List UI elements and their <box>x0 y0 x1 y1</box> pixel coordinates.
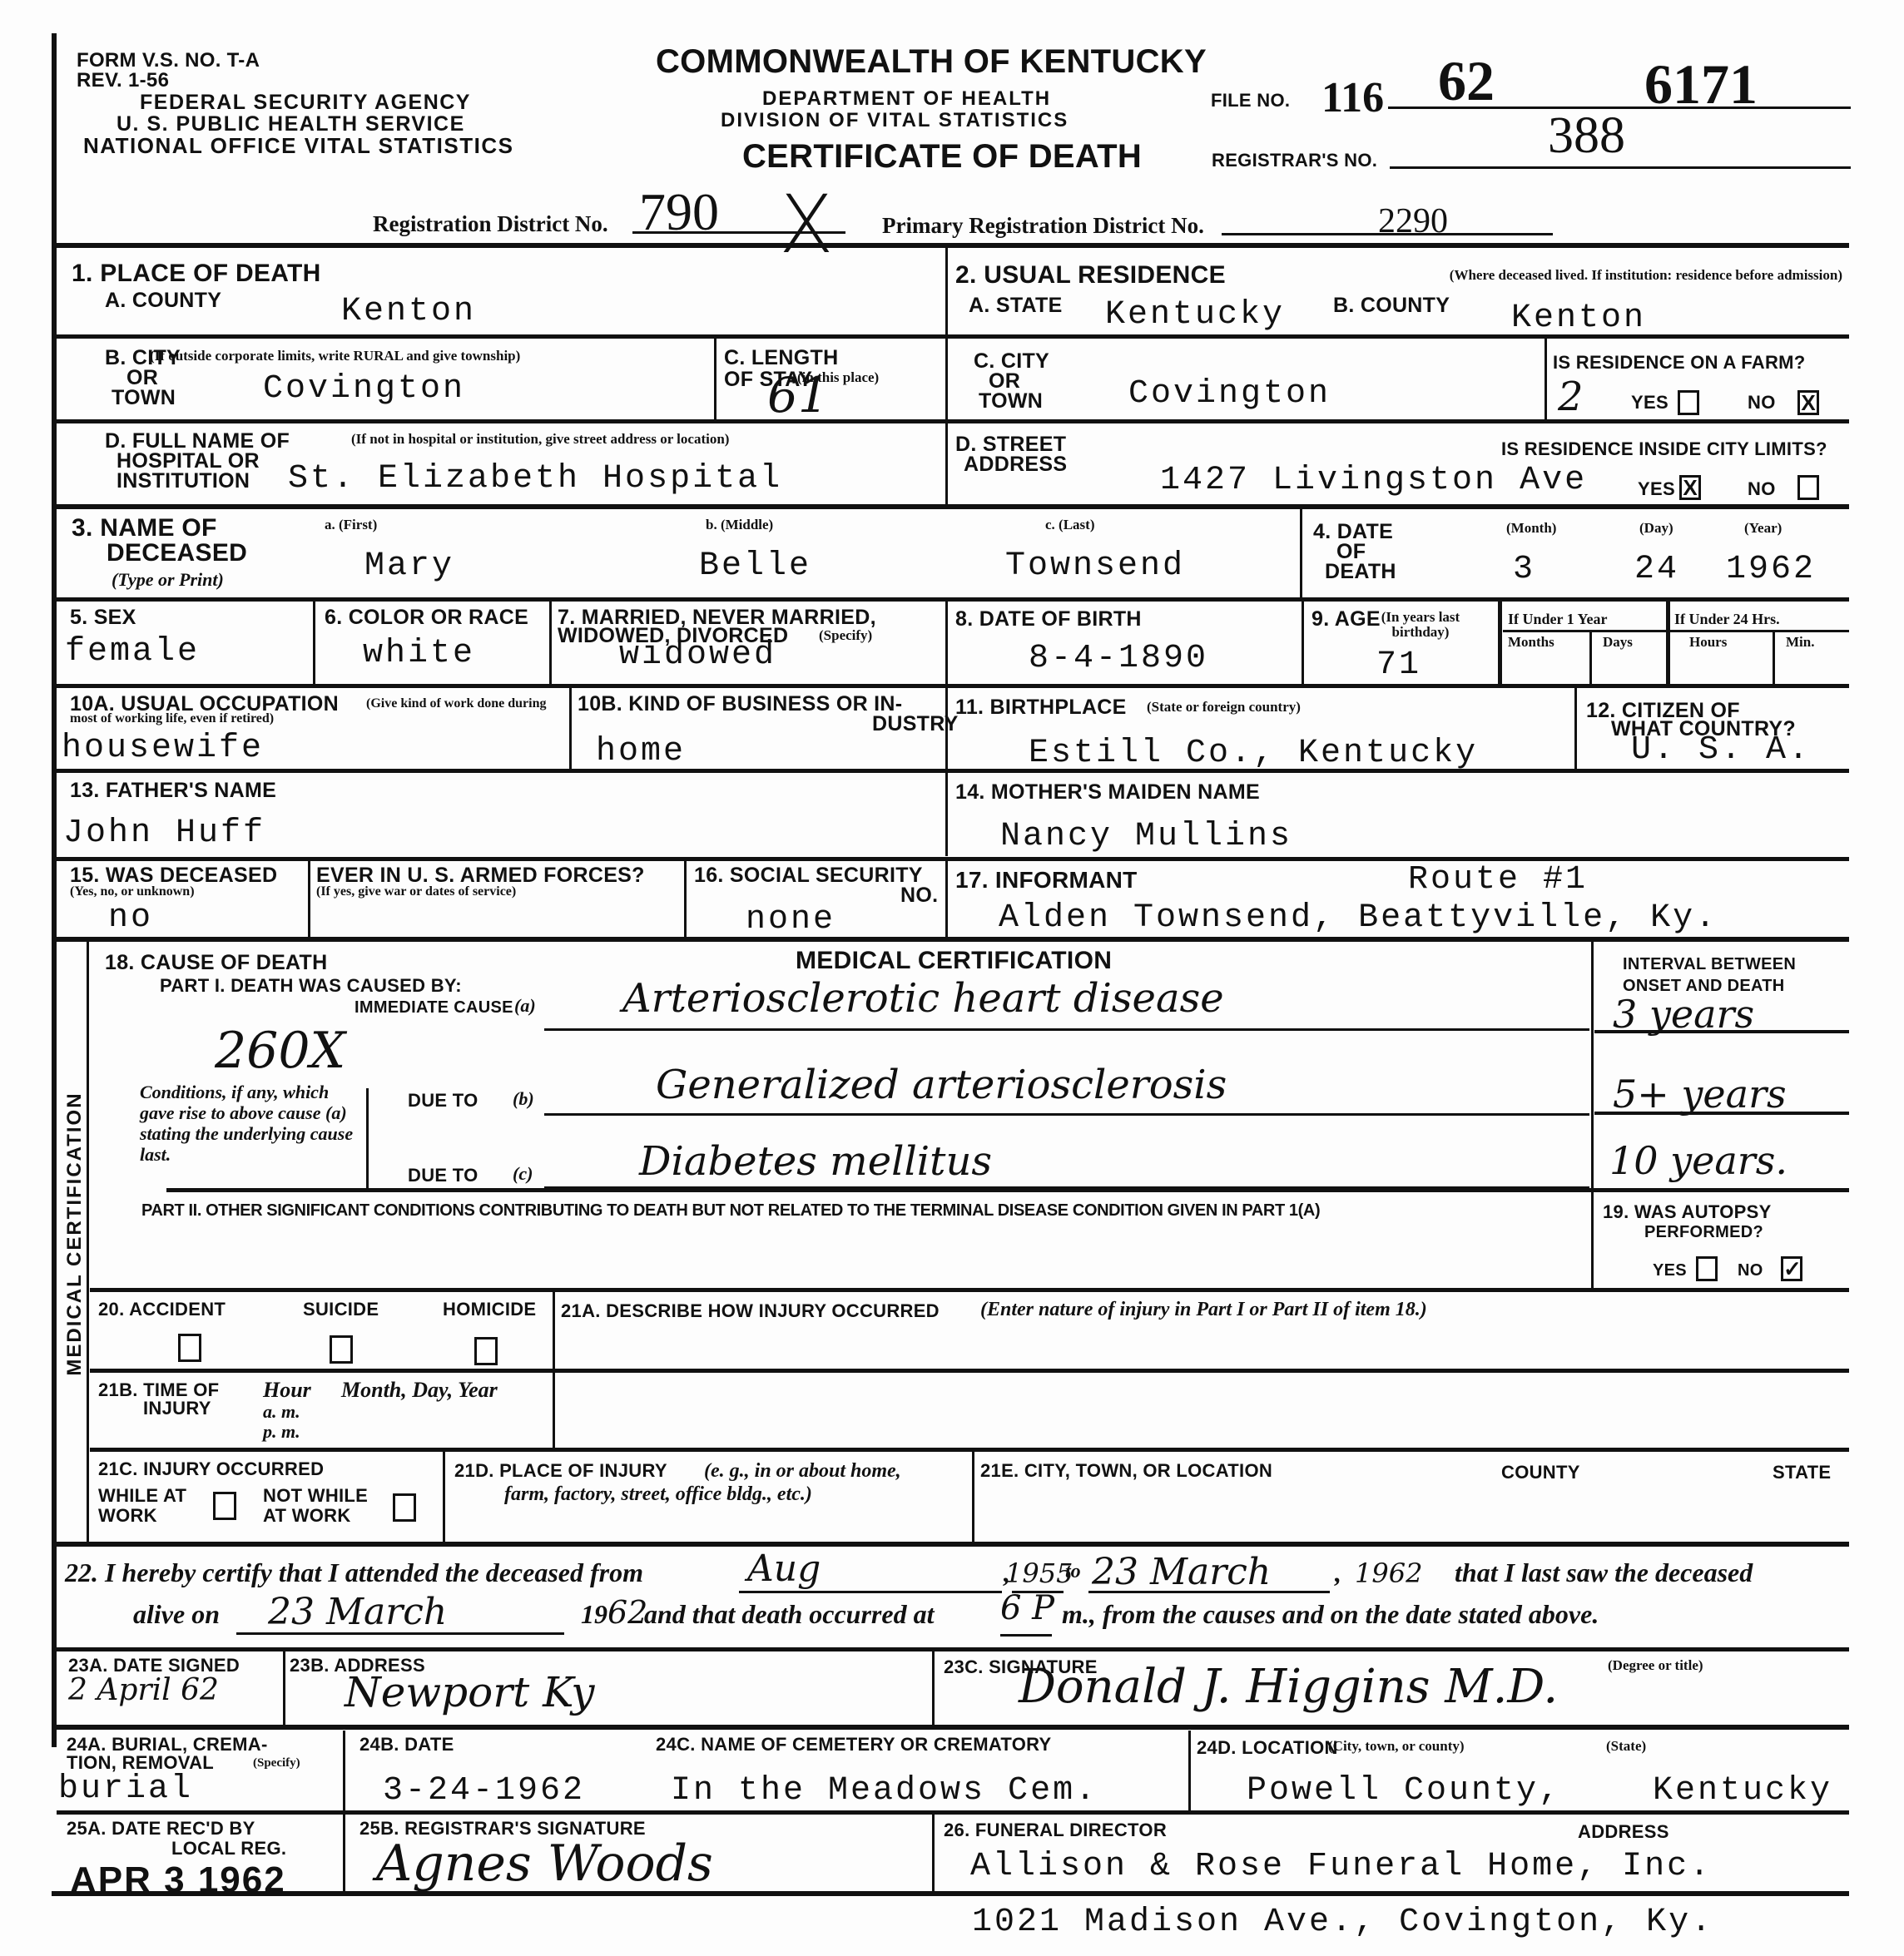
residence-city-value: Covington <box>1128 375 1331 413</box>
time-mdy-label: Month, Day, Year <box>341 1378 498 1403</box>
deceased-name-section: 3. NAME OF DECEASED (Type or Print) a. (… <box>57 509 1297 597</box>
bracket <box>366 1088 369 1191</box>
burial-date-value: 3-24-1962 <box>383 1772 585 1810</box>
due-to-c-label: DUE TO <box>408 1165 478 1186</box>
city-limits-question: IS RESIDENCE INSIDE CITY LIMITS? <box>1501 438 1827 460</box>
date-signed-field: 23a. DATE SIGNED 2 April 62 <box>57 1651 283 1725</box>
burial-state-value: Kentucky <box>1653 1772 1832 1810</box>
residence-county-label: b. COUNTY <box>1333 295 1450 316</box>
to-year-value: 1962 <box>1355 1557 1422 1589</box>
under-1-year-label: If Under 1 Year <box>1508 612 1608 626</box>
hospital-label-3: INSTITUTION <box>117 470 250 492</box>
last-name-value: Townsend <box>1005 547 1185 585</box>
dod-year-value: 1962 <box>1726 551 1816 588</box>
armed-value: no <box>108 899 153 937</box>
ssn-field: 16. SOCIAL SECURITY NO. none <box>687 861 945 938</box>
cert-line2-text: alive on <box>133 1599 220 1630</box>
rule <box>1666 602 1670 685</box>
reg-district-label: Registration District No. <box>373 211 608 237</box>
marital-value: widowed <box>619 636 776 674</box>
rule <box>313 602 315 685</box>
occurred-label: 21c. INJURY OCCURRED <box>98 1458 324 1480</box>
funeral-address-value: 1021 Madison Ave., Covington, Ky. <box>972 1904 1713 1941</box>
informant-line-2: Alden Townsend, Beattyville, Ky. <box>999 899 1718 937</box>
cemetery-label: 24c. NAME OF CEMETERY OR CREMATORY <box>656 1734 1052 1755</box>
alive-year-prefix: 19 <box>581 1599 607 1630</box>
not-while-label-2: AT WORK <box>263 1505 351 1527</box>
burial-date-field: 24b. DATE 3-24-1962 <box>346 1731 656 1810</box>
physician-address-field: 23b. ADDRESS Newport Ky <box>286 1651 932 1725</box>
last-name-label: c. (Last) <box>1045 517 1094 532</box>
title-department: DEPARTMENT OF HEALTH <box>762 88 1051 110</box>
mother-label: 14. MOTHER'S MAIDEN NAME <box>955 781 1260 803</box>
residence-city-town: TOWN <box>979 390 1043 412</box>
dod-month-label: (Month) <box>1506 521 1556 536</box>
farm-no-checkbox[interactable]: X <box>1797 390 1819 415</box>
hospital-value: St. Elizabeth Hospital <box>288 460 782 498</box>
marital-field: 7. MARRIED, NEVER MARRIED, WIDOWED, DIVO… <box>553 602 945 685</box>
armed-note-1: (Yes, no, or unknown) <box>70 884 195 899</box>
father-label: 13. FATHER'S NAME <box>70 780 276 801</box>
death-time-value: 6 P <box>1000 1589 1054 1627</box>
city-limits-no-checkbox[interactable] <box>1797 475 1819 500</box>
death-city-value: Covington <box>263 370 465 408</box>
rule <box>1498 602 1502 685</box>
accident-label: 20. ACCIDENT <box>98 1299 226 1320</box>
funeral-address-label: ADDRESS <box>1578 1821 1669 1843</box>
farm-handwritten-mark: 2 <box>1558 374 1584 420</box>
age-value: 71 <box>1376 646 1421 684</box>
primary-district-label: Primary Registration District No. <box>882 213 1204 239</box>
dod-day-value: 24 <box>1634 551 1679 588</box>
part2-label: PART II. OTHER SIGNIFICANT CONDITIONS CO… <box>141 1200 1320 1221</box>
occupation-value: housewife <box>62 730 264 767</box>
rule <box>932 1815 935 1891</box>
injury-desc-note: (Enter nature of injury in Part I or Par… <box>980 1299 1427 1321</box>
armed-note-2: (If yes, give war or dates of service) <box>316 884 516 899</box>
place-note-1: (e. g., in or about home, <box>704 1460 901 1483</box>
agency-line-3: NATIONAL OFFICE VITAL STATISTICS <box>83 135 513 156</box>
rule <box>945 773 948 856</box>
burial-field: 24a. BURIAL, CREMA- TION, REMOVAL (Speci… <box>57 1731 343 1810</box>
interval-label-1: INTERVAL BETWEEN <box>1623 953 1796 975</box>
usual-residence-section: 2. USUAL RESIDENCE (Where deceased lived… <box>949 248 1849 334</box>
interval-section: INTERVAL BETWEEN ONSET AND DEATH 3 years… <box>1594 942 1849 1190</box>
mother-field: 14. MOTHER'S MAIDEN NAME Nancy Mullins <box>949 773 1849 856</box>
rule <box>1591 942 1594 1290</box>
registrar-no-label: REGISTRAR'S NO. <box>1212 150 1377 171</box>
informant-field: 17. INFORMANT Route #1 Alden Townsend, B… <box>949 861 1849 938</box>
burial-date-label: 24b. DATE <box>359 1734 454 1755</box>
file-no-year: 62 <box>1438 48 1495 114</box>
city-location-label: 21e. CITY, TOWN, OR LOCATION <box>980 1460 1272 1482</box>
birthplace-value: Estill Co., Kentucky <box>1029 735 1478 772</box>
usual-residence-label: 2. USUAL RESIDENCE <box>955 265 1226 286</box>
physician-signature-field: 23c. SIGNATURE (Degree or title) Donald … <box>935 1651 1849 1725</box>
cert-line2-end: m., from the causes and on the date stat… <box>1062 1599 1599 1630</box>
rule <box>1773 630 1775 685</box>
age-note: (In years last birthday) <box>1358 610 1483 640</box>
rule <box>569 688 572 770</box>
accident-checkbox[interactable] <box>178 1334 201 1362</box>
rule <box>308 861 310 938</box>
autopsy-label-1: 19. WAS AUTOPSY <box>1603 1201 1772 1223</box>
burial-location-label: 24d. LOCATION <box>1197 1737 1338 1759</box>
days-label: Days <box>1603 635 1633 650</box>
burial-location-field: 24d. LOCATION (City, town, or county) (S… <box>1192 1731 1849 1810</box>
informant-label: 17. INFORMANT <box>955 869 1138 891</box>
from-month-line <box>739 1591 1002 1593</box>
alive-year-value: 62 <box>607 1594 647 1631</box>
title-division: DIVISION OF VITAL STATISTICS <box>721 110 1069 131</box>
injury-state-label: STATE <box>1773 1462 1831 1483</box>
rule <box>57 1542 1849 1547</box>
city-town-label: TOWN <box>112 387 176 409</box>
not-while-at-work-checkbox[interactable] <box>393 1493 416 1522</box>
injury-county-label: COUNTY <box>1501 1462 1580 1483</box>
file-no-label: FILE NO. <box>1211 90 1290 111</box>
dod-day-label: (Day) <box>1639 521 1673 536</box>
medical-side-label: MEDICAL CERTIFICATION <box>64 1084 86 1384</box>
ssn-value: none <box>746 901 835 938</box>
occupation-field: 10a. USUAL OCCUPATION (Give kind of work… <box>57 688 569 770</box>
cause-of-death-section: 18. CAUSE OF DEATH MEDICAL CERTIFICATION… <box>90 942 1591 1190</box>
residence-state-label: a. STATE <box>969 295 1063 316</box>
location-note-2: (State) <box>1606 1739 1646 1754</box>
suicide-checkbox[interactable] <box>330 1335 353 1364</box>
hours-label: Hours <box>1689 635 1727 650</box>
title-commonwealth: COMMONWEALTH OF KENTUCKY <box>656 43 1207 80</box>
cert-line1-end: that I last saw the deceased <box>1455 1557 1753 1588</box>
farm-yes-label: YES <box>1631 392 1668 413</box>
autopsy-yes-label: YES <box>1653 1260 1687 1281</box>
citizen-field: 12. CITIZEN OF WHAT COUNTRY? U. S. A. <box>1578 688 1849 770</box>
length-of-stay-field: c. LENGTH OF STAY (in this place) 61 <box>717 339 945 420</box>
death-county-value: Kenton <box>341 293 476 330</box>
interval-b-value: 5+ years <box>1613 1072 1787 1117</box>
business-value: home <box>596 733 686 770</box>
cause-b-letter: (b) <box>513 1088 534 1110</box>
place-of-injury-field[interactable]: 21d. PLACE OF INJURY (e. g., in or about… <box>446 1452 972 1542</box>
rule <box>1503 630 1849 632</box>
registrar-no-underline <box>1390 166 1851 169</box>
residence-city-field: c. CITY OR TOWN Covington <box>949 339 1545 420</box>
to-date-value: 23 March <box>1092 1551 1271 1593</box>
while-work-label-2: WORK <box>98 1505 157 1527</box>
rule <box>945 688 948 770</box>
cause-label: 18. CAUSE OF DEATH <box>105 952 327 973</box>
injury-description-field[interactable]: 21a. DESCRIBE HOW INJURY OCCURRED (Enter… <box>556 1292 1849 1369</box>
birthplace-note: (State or foreign country) <box>1147 700 1301 715</box>
homicide-checkbox[interactable] <box>474 1337 498 1365</box>
time-label-2: INJURY <box>143 1398 211 1419</box>
location-note-1: (City, town, or county) <box>1328 1739 1465 1754</box>
while-at-work-checkbox[interactable] <box>213 1492 236 1520</box>
father-value: John Huff <box>63 815 265 852</box>
under-age-fields: If Under 1 Year If Under 24 Hrs. Months … <box>1503 602 1849 685</box>
cause-a-letter: (a) <box>514 995 536 1017</box>
time-hour-label: Hour <box>263 1378 311 1403</box>
cause-a-value: Arteriosclerotic heart disease <box>622 975 1224 1022</box>
agency-line-1: FEDERAL SECURITY AGENCY <box>140 92 471 113</box>
rule <box>1188 1731 1191 1810</box>
agency-line-2: U. S. PUBLIC HEALTH SERVICE <box>117 113 465 135</box>
farm-no-label: NO <box>1748 392 1776 413</box>
rule <box>1300 509 1302 599</box>
stay-value: 61 <box>767 367 829 423</box>
rule <box>1302 602 1304 685</box>
business-field: 10b. KIND OF BUSINESS OR IN- DUSTRY home <box>573 688 945 770</box>
physician-address-value: Newport Ky <box>345 1668 595 1716</box>
registrar-no-value: 388 <box>1548 106 1625 166</box>
degree-label: (Degree or title) <box>1608 1658 1703 1673</box>
funeral-director-label: 26. FUNERAL DIRECTOR <box>944 1820 1167 1841</box>
coding-mark: 260X <box>215 1022 345 1080</box>
farm-question-label: IS RESIDENCE ON A FARM? <box>1553 352 1806 374</box>
suicide-label: SUICIDE <box>303 1299 379 1320</box>
rule <box>972 1452 974 1542</box>
farm-yes-checkbox[interactable] <box>1678 390 1699 415</box>
title-certificate: CERTIFICATE OF DEATH <box>742 138 1142 175</box>
primary-district-value: 2290 <box>1378 201 1448 241</box>
cause-a-line <box>544 1028 1589 1031</box>
city-note: (If outside corporate limits, write RURA… <box>150 349 682 364</box>
alive-date-value: 23 March <box>268 1591 447 1633</box>
rule <box>714 339 716 420</box>
interval-c-value: 10 years. <box>1609 1138 1787 1183</box>
death-time-line <box>1000 1634 1052 1637</box>
form-revision: REV. 1-56 <box>77 70 169 92</box>
date-of-birth-field: 8. DATE OF BIRTH 8-4-1890 <box>949 602 1302 685</box>
autopsy-yes-checkbox[interactable] <box>1696 1256 1718 1281</box>
cause-c-value: Diabetes mellitus <box>639 1138 992 1185</box>
dod-year-label: (Year) <box>1744 521 1782 536</box>
min-label: Min. <box>1786 635 1814 650</box>
comma: , <box>1335 1557 1341 1588</box>
rule <box>1545 339 1547 420</box>
cert-line2-mid: and that death occurred at <box>644 1599 934 1630</box>
rule <box>283 1651 285 1725</box>
cemetery-value: In the Meadows Cem. <box>671 1772 1098 1810</box>
registrar-signature: Agnes Woods <box>376 1835 713 1893</box>
rule <box>684 861 687 938</box>
city-limits-no-label: NO <box>1748 478 1776 500</box>
cemetery-field: 24c. NAME OF CEMETERY OR CREMATORY In th… <box>656 1731 1188 1810</box>
citizen-value: U. S. A. <box>1631 731 1811 769</box>
manner-of-death-field: 20. ACCIDENT SUICIDE HOMICIDE <box>90 1292 553 1369</box>
rule <box>1589 630 1592 685</box>
hospital-note: (If not in hospital or institution, give… <box>351 432 934 447</box>
father-field: 13. FATHER'S NAME John Huff <box>57 773 945 856</box>
autopsy-no-label: NO <box>1738 1260 1763 1281</box>
residence-state-value: Kentucky <box>1105 296 1285 334</box>
race-value: white <box>363 635 475 672</box>
place-of-death-label: 1. PLACE OF DEATH <box>72 263 321 285</box>
dod-label-3: DEATH <box>1325 561 1396 582</box>
physician-signature: Donald J. Higgins M.D. <box>1019 1660 1558 1714</box>
cause-c-letter: (c) <box>513 1163 533 1185</box>
street-label-2: ADDRESS <box>964 453 1067 475</box>
name-label-3: (Type or Print) <box>112 569 224 591</box>
received-label-2: LOCAL REG. <box>171 1838 286 1859</box>
burial-note: (Specify) <box>253 1755 300 1770</box>
place-note-2: farm, factory, street, office bldg., etc… <box>504 1483 812 1506</box>
registrar-signature-field: 25b. REGISTRAR'S SIGNATURE Agnes Woods <box>346 1815 932 1891</box>
time-pm-label: p. m. <box>263 1421 300 1443</box>
medical-title: MEDICAL CERTIFICATION <box>796 950 1112 972</box>
rule <box>57 1725 1849 1730</box>
physician-certification: 22. I hereby certify that I attended the… <box>57 1547 1849 1647</box>
conditions-note: Conditions, if any, which gave rise to a… <box>140 1082 356 1165</box>
rule <box>1574 688 1577 770</box>
while-work-label-1: WHILE AT <box>98 1485 186 1507</box>
ssn-label-2: NO. <box>900 884 938 906</box>
rule <box>166 1188 1849 1192</box>
cause-b-value: Generalized arteriosclerosis <box>656 1062 1227 1108</box>
sex-value: female <box>65 633 200 671</box>
ssn-label-1: 16. SOCIAL SECURITY <box>694 864 923 886</box>
reg-district-value: 790 <box>639 181 719 243</box>
dob-label: 8. DATE OF BIRTH <box>955 608 1142 630</box>
date-signed-value: 2 April 62 <box>68 1673 219 1707</box>
not-while-label-1: NOT WHILE <box>263 1485 368 1507</box>
date-received-field: 25a. DATE REC'D BY LOCAL REG. APR 3 1962 <box>57 1815 343 1891</box>
place-of-injury-label: 21d. PLACE OF INJURY <box>454 1460 667 1482</box>
autopsy-label-2: PERFORMED? <box>1644 1221 1763 1243</box>
residence-county-value: Kenton <box>1511 300 1646 337</box>
first-name-label: a. (First) <box>325 517 377 532</box>
homicide-label: HOMICIDE <box>443 1299 536 1320</box>
occupation-note: (Give kind of work done during most of w… <box>70 696 566 726</box>
from-year-value: 1955 <box>1005 1557 1073 1589</box>
first-name-value: Mary <box>364 547 454 585</box>
sex-label: 5. SEX <box>70 607 136 628</box>
cert-line1-text: 22. I hereby certify that I attended the… <box>65 1557 643 1588</box>
part2-section: PART II. OTHER SIGNIFICANT CONDITIONS CO… <box>90 1193 1591 1290</box>
dod-month-value: 3 <box>1513 551 1535 588</box>
rule <box>932 1651 935 1725</box>
part1-label: PART I. DEATH WAS CAUSED BY: <box>160 975 462 997</box>
farm-question-field: IS RESIDENCE ON A FARM? 2 YES NO X <box>1548 339 1849 420</box>
armed-label-2: EVER IN U. S. ARMED FORCES? <box>316 864 645 886</box>
rule <box>443 1452 445 1542</box>
middle-name-value: Belle <box>699 547 811 585</box>
business-label-1: 10b. KIND OF BUSINESS OR IN- <box>578 693 902 715</box>
mother-value: Nancy Mullins <box>1000 818 1292 855</box>
residence-street-value: 1427 Livingston Ave <box>1160 462 1587 499</box>
residence-street-field: d. STREET ADDRESS 1427 Livingston Ave IS… <box>949 423 1849 505</box>
time-am-label: a. m. <box>263 1401 300 1423</box>
name-label-1: 3. NAME OF <box>72 517 217 539</box>
received-label-1: 25a. DATE REC'D BY <box>67 1818 255 1840</box>
interval-a-value: 3 years <box>1613 992 1754 1037</box>
injury-desc-label: 21a. DESCRIBE HOW INJURY OCCURRED <box>561 1300 940 1322</box>
age-field: 9. AGE (In years last birthday) 71 <box>1305 602 1496 685</box>
certificate-header: FORM V.S. NO. T-A REV. 1-56 FEDERAL SECU… <box>0 0 1904 241</box>
dob-value: 8-4-1890 <box>1029 640 1208 677</box>
rule <box>52 1891 1849 1896</box>
file-no-prefix: 116 <box>1321 73 1384 122</box>
rule <box>945 861 948 938</box>
rule <box>87 942 89 1544</box>
rule <box>945 602 948 685</box>
name-label-2: DECEASED <box>107 542 247 564</box>
from-month-value: Aug <box>747 1547 821 1590</box>
funeral-director-value: Allison & Rose Funeral Home, Inc. <box>970 1848 1712 1885</box>
funeral-director-field: 26. FUNERAL DIRECTOR ADDRESS Allison & R… <box>935 1815 1849 1891</box>
due-to-b-label: DUE TO <box>408 1090 478 1112</box>
armed-forces-field: 15. WAS DECEASED (Yes, no, or unknown) n… <box>57 861 308 938</box>
city-limits-yes-label: YES <box>1638 478 1675 500</box>
time-of-injury-field: 21b. TIME OF INJURY Hour a. m. p. m. Mon… <box>90 1373 553 1448</box>
autopsy-field: 19. WAS AUTOPSY PERFORMED? YES NO ✓ <box>1594 1193 1849 1290</box>
autopsy-no-checkbox[interactable]: ✓ <box>1781 1256 1802 1281</box>
county-label: a. COUNTY <box>105 290 221 311</box>
cause-b-line <box>544 1113 1589 1116</box>
informant-line-1: Route #1 <box>1408 861 1588 899</box>
injury-occurred-field: 21c. INJURY OCCURRED WHILE AT WORK NOT W… <box>90 1452 443 1542</box>
rule <box>945 248 948 509</box>
to-word: to <box>1065 1561 1081 1583</box>
race-field: 6. COLOR OR RACE white <box>316 602 549 685</box>
birthplace-field: 11. BIRTHPLACE (State or foreign country… <box>949 688 1574 770</box>
hospital-field: d. FULL NAME OF HOSPITAL OR INSTITUTION … <box>57 423 945 505</box>
burial-value: burial <box>58 1770 193 1808</box>
sex-field: 5. SEX female <box>57 602 313 685</box>
injury-location-field[interactable]: 21e. CITY, TOWN, OR LOCATION COUNTY STAT… <box>975 1452 1849 1542</box>
rule <box>549 602 552 685</box>
under-24-hrs-label: If Under 24 Hrs. <box>1674 612 1780 626</box>
file-no-number: 6171 <box>1644 52 1758 117</box>
months-label: Months <box>1508 635 1554 650</box>
date-of-death-section: 4. DATE OF DEATH (Month) (Day) (Year) 3 … <box>1303 509 1849 597</box>
usual-residence-note: (Where deceased lived. If institution: r… <box>1343 268 1842 283</box>
middle-name-label: b. (Middle) <box>706 517 773 532</box>
race-label: 6. COLOR OR RACE <box>325 607 528 628</box>
injury-description-area[interactable] <box>556 1373 1849 1448</box>
birthplace-label: 11. BIRTHPLACE <box>955 696 1127 718</box>
armed-service-field: EVER IN U. S. ARMED FORCES? (If yes, giv… <box>311 861 684 938</box>
marital-note: (Specify) <box>819 628 872 643</box>
burial-location-value: Powell County, <box>1247 1772 1561 1810</box>
city-limits-yes-checkbox[interactable]: X <box>1679 475 1701 500</box>
armed-label-1: 15. WAS DECEASED <box>70 864 277 886</box>
immediate-cause-label: IMMEDIATE CAUSE <box>355 997 513 1018</box>
